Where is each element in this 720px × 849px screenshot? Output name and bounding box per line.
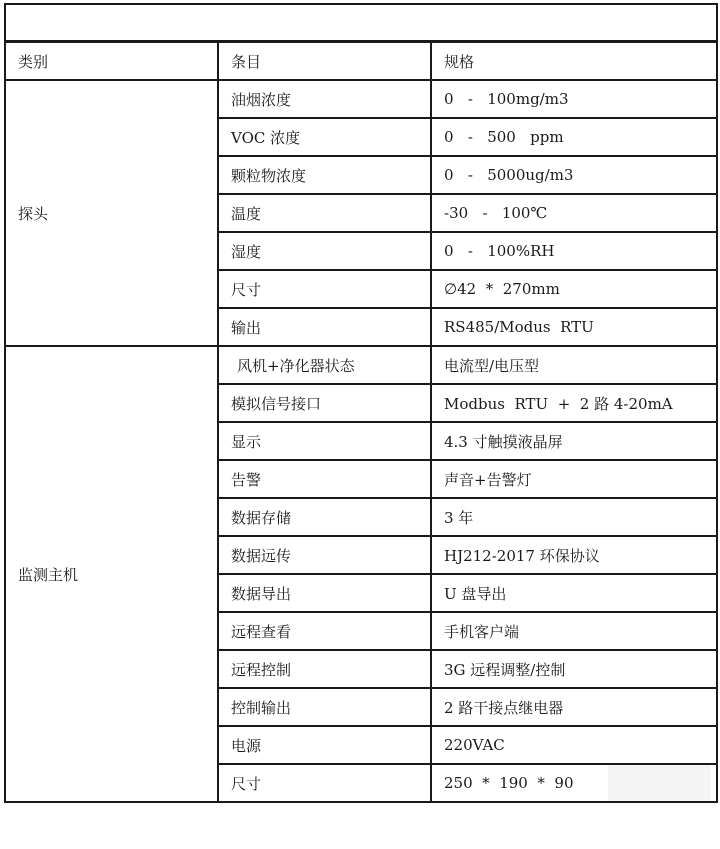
header-item: 条目	[218, 42, 431, 81]
spec-cell: 0 - 5000ug/m3	[431, 156, 717, 194]
spec-cell: 250 * 190 * 90	[431, 764, 717, 802]
spec-cell: RS485/Modus RTU	[431, 308, 717, 346]
spec-cell: 0 - 100mg/m3	[431, 80, 717, 118]
item-cell: 远程控制	[218, 650, 431, 688]
item-cell: VOC 浓度	[218, 118, 431, 156]
table-row: 探头 油烟浓度 0 - 100mg/m3	[5, 80, 717, 118]
item-cell: 数据远传	[218, 536, 431, 574]
spec-cell: 3G 远程调整/控制	[431, 650, 717, 688]
spec-cell: 4.3 寸触摸液晶屏	[431, 422, 717, 460]
item-cell: 油烟浓度	[218, 80, 431, 118]
category-host: 监测主机	[5, 346, 218, 802]
spec-cell: 声音+告警灯	[431, 460, 717, 498]
spec-cell: HJ212-2017 环保协议	[431, 536, 717, 574]
item-cell: 电源	[218, 726, 431, 764]
spec-cell: 0 - 100%RH	[431, 232, 717, 270]
item-cell: 远程查看	[218, 612, 431, 650]
spec-cell: Modbus RTU + 2 路 4-20mA	[431, 384, 717, 422]
item-cell: 告警	[218, 460, 431, 498]
item-cell: 风机+净化器状态	[218, 346, 431, 384]
category-probe: 探头	[5, 80, 218, 346]
item-cell: 数据存储	[218, 498, 431, 536]
spec-cell: 3 年	[431, 498, 717, 536]
spec-table: 类别 条目 规格 探头 油烟浓度 0 - 100mg/m3 VOC 浓度 0 -…	[4, 3, 718, 803]
item-cell: 模拟信号接口	[218, 384, 431, 422]
spec-cell: 电流型/电压型	[431, 346, 717, 384]
spec-cell: 手机客户端	[431, 612, 717, 650]
title-row	[5, 4, 717, 42]
item-cell: 尺寸	[218, 764, 431, 802]
table-row: 监测主机 风机+净化器状态 电流型/电压型	[5, 346, 717, 384]
spec-cell: 0 - 500 ppm	[431, 118, 717, 156]
table-title	[5, 4, 717, 42]
item-cell: 尺寸	[218, 270, 431, 308]
spec-cell: U 盘导出	[431, 574, 717, 612]
header-spec: 规格	[431, 42, 717, 81]
item-cell: 控制输出	[218, 688, 431, 726]
spec-cell: 2 路干接点继电器	[431, 688, 717, 726]
item-cell: 颗粒物浓度	[218, 156, 431, 194]
item-cell: 温度	[218, 194, 431, 232]
spec-cell: ∅42 * 270mm	[431, 270, 717, 308]
item-cell: 数据导出	[218, 574, 431, 612]
item-cell: 输出	[218, 308, 431, 346]
item-cell: 湿度	[218, 232, 431, 270]
spec-cell: -30 - 100℃	[431, 194, 717, 232]
header-row: 类别 条目 规格	[5, 42, 717, 81]
item-cell: 显示	[218, 422, 431, 460]
spec-cell: 220VAC	[431, 726, 717, 764]
header-category: 类别	[5, 42, 218, 81]
